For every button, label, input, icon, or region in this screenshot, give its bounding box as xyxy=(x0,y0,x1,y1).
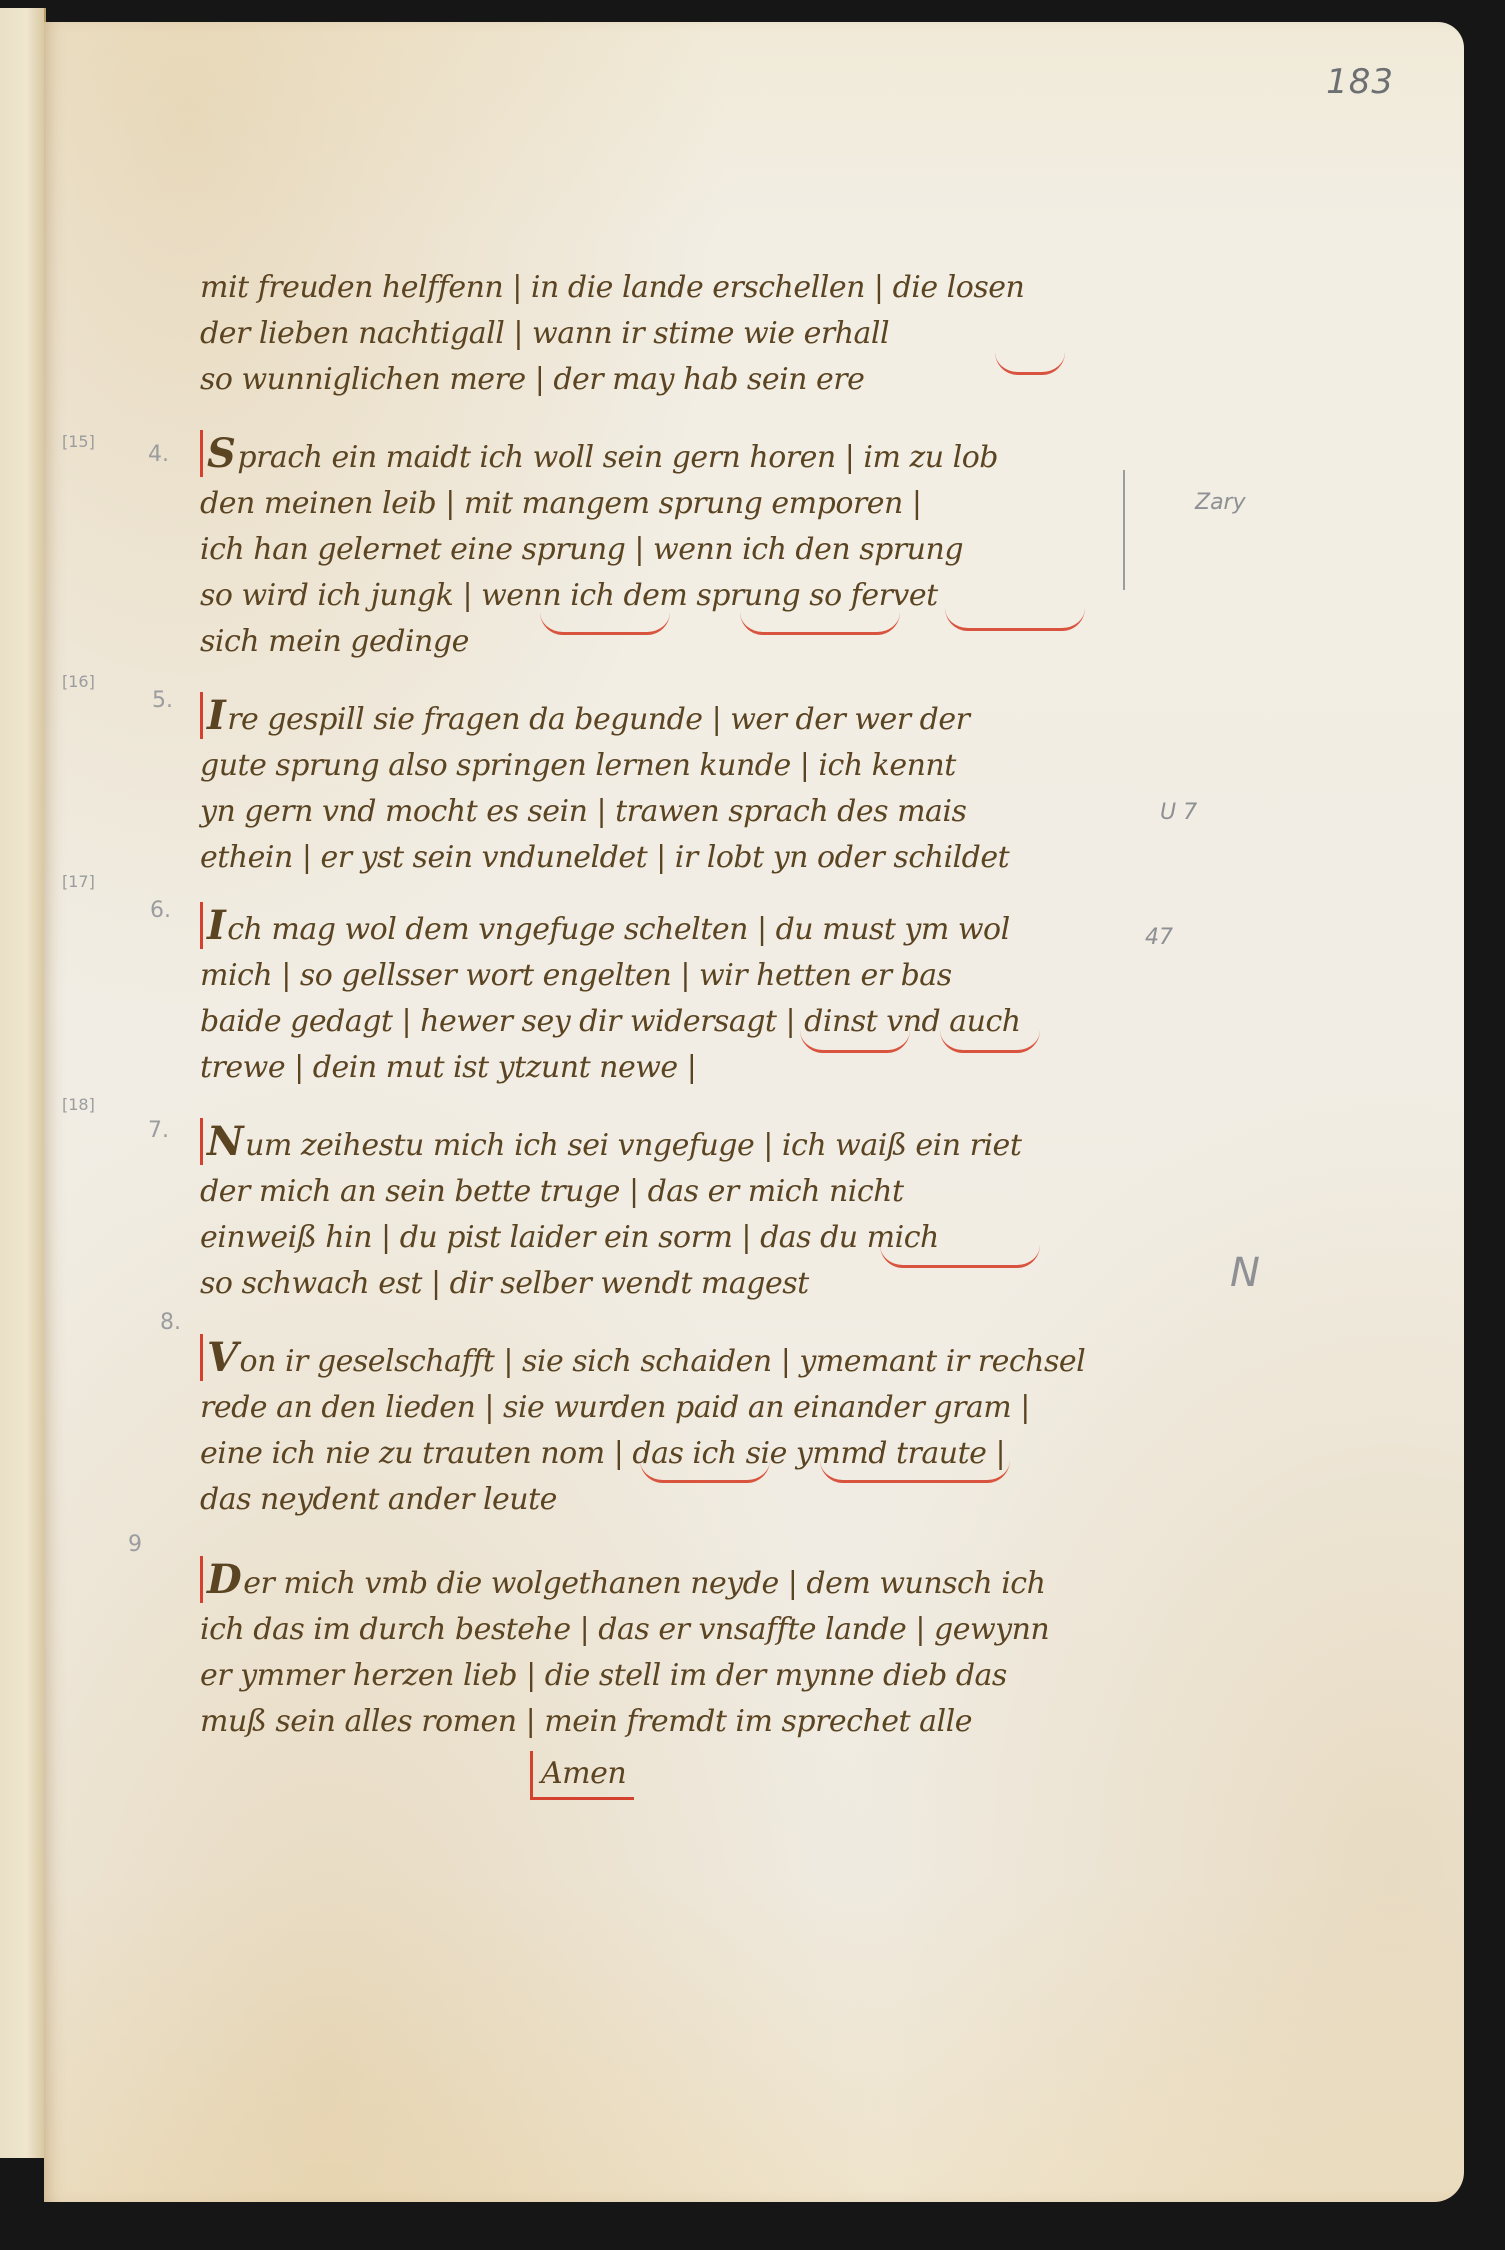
rubricated-initial: D xyxy=(200,1556,241,1603)
text-line: on ir geselschafft | sie sich schaiden |… xyxy=(240,1344,1086,1379)
margin-note-right-1: Zary xyxy=(1195,490,1246,515)
text-line: so wunniglichen mere | der may hab sein … xyxy=(200,357,1100,403)
rubricated-initial: V xyxy=(200,1334,238,1381)
text-line: prach ein maidt ich woll sein gern horen… xyxy=(237,440,998,475)
stanza-number-9: 9 xyxy=(128,1532,142,1557)
stanza-5: Ire gespill sie fragen da begunde | wer … xyxy=(200,693,1100,881)
margin-note-right-4: N xyxy=(1230,1250,1260,1296)
text-line: ich han gelernet eine sprung | wenn ich … xyxy=(200,527,1100,573)
text-line: re gespill sie fragen da begunde | wer d… xyxy=(227,702,969,737)
stanza-8: Von ir geselschafft | sie sich schaiden … xyxy=(200,1335,1100,1523)
text-line: der mich an sein bette truge | das er mi… xyxy=(200,1169,1100,1215)
stanza-number-6: 6. xyxy=(150,898,171,923)
stanza-number-5: 5. xyxy=(152,688,173,713)
margin-note-right-3: 47 xyxy=(1145,925,1173,950)
text-line: gute sprung also springen lernen kunde |… xyxy=(200,743,1100,789)
text-line: den meinen leib | mit mangem sprung empo… xyxy=(200,481,1100,527)
line-filler-swash xyxy=(880,1245,1040,1268)
previous-leaf-edge xyxy=(0,8,46,2158)
stanza-9: Der mich vmb die wolgethanen neyde | dem… xyxy=(200,1557,1100,1800)
text-line: ich das im durch bestehe | das er vnsaff… xyxy=(200,1607,1100,1653)
stanza-number-4: 4. xyxy=(148,442,169,467)
folio-number: 183 xyxy=(1326,62,1394,102)
bracket-number-stanza-5: [16] xyxy=(62,672,95,691)
line-filler-swash xyxy=(740,612,900,635)
margin-note-right-2: U 7 xyxy=(1160,800,1197,825)
line-filler-swash xyxy=(940,1030,1040,1053)
stanza-6: Ich mag wol dem vngefuge schelten | du m… xyxy=(200,903,1100,1091)
text-line: rede an den lieden | sie wurden paid an … xyxy=(200,1385,1100,1431)
text-line: ch mag wol dem vngefuge schelten | du mu… xyxy=(227,912,1009,947)
bracket-number-stanza-4: [15] xyxy=(62,432,95,451)
line-filler-swash xyxy=(640,1460,770,1483)
stanza-7: Num zeihestu mich ich sei vngefuge | ich… xyxy=(200,1119,1100,1307)
rubricated-initial: N xyxy=(200,1118,243,1165)
bracket-number-stanza-7: [18] xyxy=(62,1095,95,1114)
line-filler-swash xyxy=(945,608,1085,631)
pencil-bracket-line xyxy=(1123,470,1125,590)
stanza-number-7: 7. xyxy=(148,1118,169,1143)
rubricated-initial: S xyxy=(200,430,235,477)
text-line: um zeihestu mich ich sei vngefuge | ich … xyxy=(245,1128,1021,1163)
text-line: ethein | er yst sein vnduneldet | ir lob… xyxy=(200,835,1100,881)
text-line: er ymmer herzen lieb | die stell im der … xyxy=(200,1653,1100,1699)
line-filler-swash xyxy=(540,612,670,635)
text-line: yn gern vnd mocht es sein | trawen sprac… xyxy=(200,789,1100,835)
text-line: mit freuden helffenn | in die lande ersc… xyxy=(200,265,1100,311)
bracket-number-stanza-6: [17] xyxy=(62,872,95,891)
rubricated-initial: I xyxy=(200,692,225,739)
stanza-3-continuation: mit freuden helffenn | in die lande ersc… xyxy=(200,265,1100,403)
line-filler-swash xyxy=(800,1030,910,1053)
text-line: muß sein alles romen | mein fremdt im sp… xyxy=(200,1699,1100,1745)
closing-amen: Amen xyxy=(530,1751,634,1800)
text-line: er mich vmb die wolgethanen neyde | dem … xyxy=(243,1566,1045,1601)
rubricated-initial: I xyxy=(200,902,225,949)
text-line: der lieben nachtigall | wann ir stime wi… xyxy=(200,311,1100,357)
stanza-number-8: 8. xyxy=(160,1310,181,1335)
text-line: mich | so gellsser wort engelten | wir h… xyxy=(200,953,1100,999)
text-line: das neydent ander leute xyxy=(200,1477,1100,1523)
line-filler-swash xyxy=(820,1460,1010,1483)
